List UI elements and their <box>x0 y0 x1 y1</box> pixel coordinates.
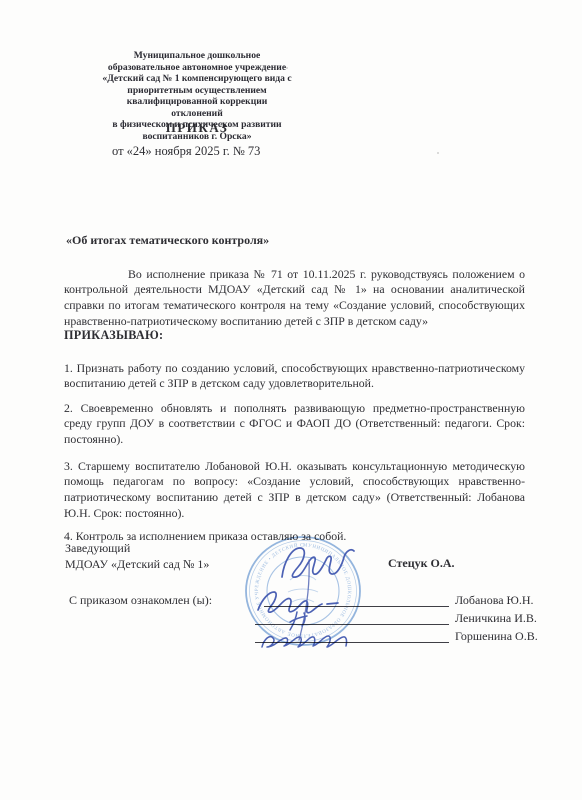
org-header-line: квалифицированной коррекции отклонений <box>100 96 294 119</box>
order-item-1: 1. Признать работу по созданию условий, … <box>64 361 525 392</box>
acknowledgment-name-2: Леничкина И.В. <box>455 611 537 626</box>
acknowledgment-name-3: Горшенина О.В. <box>455 629 538 644</box>
signature-line-2 <box>255 624 449 625</box>
org-header-line: образовательное автономное учреждение <box>100 62 294 74</box>
signer-position: Заведующий МДОАУ «Детский сад № 1» <box>65 541 209 572</box>
org-header-line: приоритетным осуществлением <box>100 85 294 97</box>
document-title: ПРИКАЗ <box>100 120 294 136</box>
acknowledgment-name-1: Лобанова Ю.Н. <box>455 593 534 608</box>
order-item-3: 3. Старшему воспитателю Лобановой Ю.Н. о… <box>64 459 525 521</box>
document-page: Муниципальное дошкольное образовательное… <box>0 0 582 800</box>
org-header-line: «Детский сад № 1 компенсирующего вида с <box>100 73 294 85</box>
director-signature-icon <box>282 548 354 577</box>
signature-line-3 <box>255 642 449 643</box>
date-number-line: от «24» ноября 2025 г. № 73 <box>112 144 260 159</box>
ack-signature-2-icon <box>290 612 307 630</box>
preamble-paragraph: Во исполнение приказа № 71 от 10.11.2025… <box>64 267 525 329</box>
signer-position-line1: Заведующий <box>65 541 209 557</box>
org-header-line: Муниципальное дошкольное <box>100 50 294 62</box>
subject-line: «Об итогах тематического контроля» <box>66 233 269 248</box>
order-heading: ПРИКАЗЫВАЮ: <box>64 328 163 343</box>
director-signature-tail <box>299 560 309 640</box>
acknowledgment-label: С приказом ознакомлен (ы): <box>69 593 212 608</box>
scan-speck <box>286 67 288 69</box>
scan-speck <box>437 152 439 154</box>
stamp-emblem-icon <box>288 576 318 603</box>
signature-line-1 <box>264 606 449 607</box>
ack-signature-1-icon <box>258 592 338 613</box>
handwritten-signatures <box>258 548 354 647</box>
order-item-2: 2. Своевременно обновлять и пополнять ра… <box>64 401 525 448</box>
signer-position-line2: МДОАУ «Детский сад № 1» <box>65 557 209 573</box>
signer-name: Стецук О.А. <box>388 556 455 571</box>
